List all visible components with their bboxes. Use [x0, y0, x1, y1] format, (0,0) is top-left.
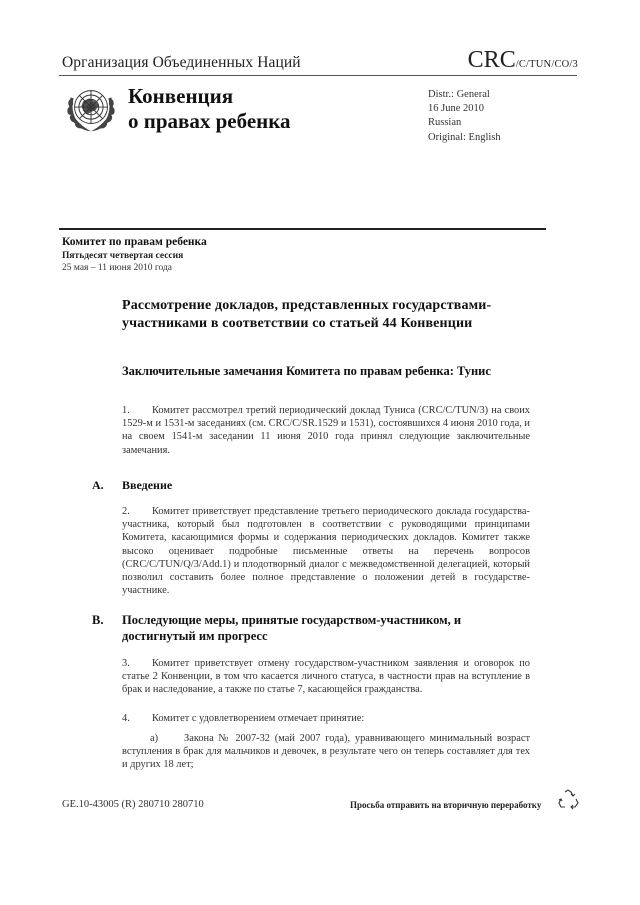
- paragraph-text: Комитет с удовлетворением отмечает приня…: [152, 713, 364, 724]
- paragraph-text: Закона № 2007-32 (май 2007 года), уравни…: [122, 733, 530, 770]
- section-title: Введение: [122, 478, 172, 493]
- paragraph-number: 1.: [122, 404, 152, 417]
- paragraph-1: 1.Комитет рассмотрел третий периодически…: [122, 404, 530, 457]
- issue-date: 16 June 2010: [428, 102, 501, 116]
- committee-name: Комитет по правам ребенка: [62, 236, 207, 249]
- paragraph-number: 3.: [122, 657, 152, 670]
- paragraph-number: 4.: [122, 712, 152, 725]
- convention-title: Конвенция о правах ребенка: [128, 84, 291, 134]
- symbol-main: CRC: [468, 47, 516, 73]
- paragraph-text: Комитет приветствует отмену государством…: [122, 658, 530, 695]
- distribution: Distr.: General: [428, 88, 501, 102]
- document-subtitle: Заключительные замечания Комитета по пра…: [122, 364, 542, 379]
- paragraph-4a: a)Закона № 2007-32 (май 2007 года), урав…: [122, 732, 530, 772]
- session-dates: 25 мая – 11 июня 2010 года: [62, 263, 172, 274]
- distribution-block: Distr.: General 16 June 2010 Russian Ori…: [428, 88, 501, 145]
- section-heading-b: B. Последующие меры, принятые государств…: [92, 612, 532, 644]
- job-code: GE.10-43005 (R) 280710 280710: [62, 799, 204, 810]
- recycle-icon: [556, 788, 580, 812]
- convention-title-line2: о правах ребенка: [128, 109, 291, 134]
- un-emblem-icon: [62, 80, 120, 138]
- title-rule: [59, 228, 546, 230]
- paragraph-number: 2.: [122, 505, 152, 518]
- convention-title-line1: Конвенция: [128, 84, 291, 109]
- session-name: Пятьдесят четвертая сессия: [62, 251, 183, 262]
- paragraph-3: 3.Комитет приветствует отмену государств…: [122, 657, 530, 697]
- language: Russian: [428, 116, 501, 130]
- document-symbol: CRC/C/TUN/CO/3: [468, 47, 578, 74]
- header-rule: [59, 75, 577, 76]
- paragraph-text: Комитет приветствует представление треть…: [122, 506, 530, 596]
- paragraph-text: Комитет рассмотрел третий периодический …: [122, 405, 530, 456]
- section-letter: B.: [92, 612, 103, 628]
- section-letter: A.: [92, 478, 104, 493]
- organization-name: Организация Объединенных Наций: [62, 54, 301, 72]
- section-title: Последующие меры, принятые государством-…: [122, 612, 522, 644]
- recycle-note: Просьба отправить на вторичную переработ…: [350, 800, 541, 810]
- original-language: Original: English: [428, 131, 501, 145]
- paragraph-4: 4.Комитет с удовлетворением отмечает при…: [122, 712, 530, 725]
- document-title: Рассмотрение докладов, представленных го…: [122, 297, 542, 332]
- symbol-suffix: /C/TUN/CO/3: [516, 59, 578, 70]
- paragraph-2: 2.Комитет приветствует представление тре…: [122, 505, 530, 597]
- subparagraph-letter: a): [150, 732, 184, 745]
